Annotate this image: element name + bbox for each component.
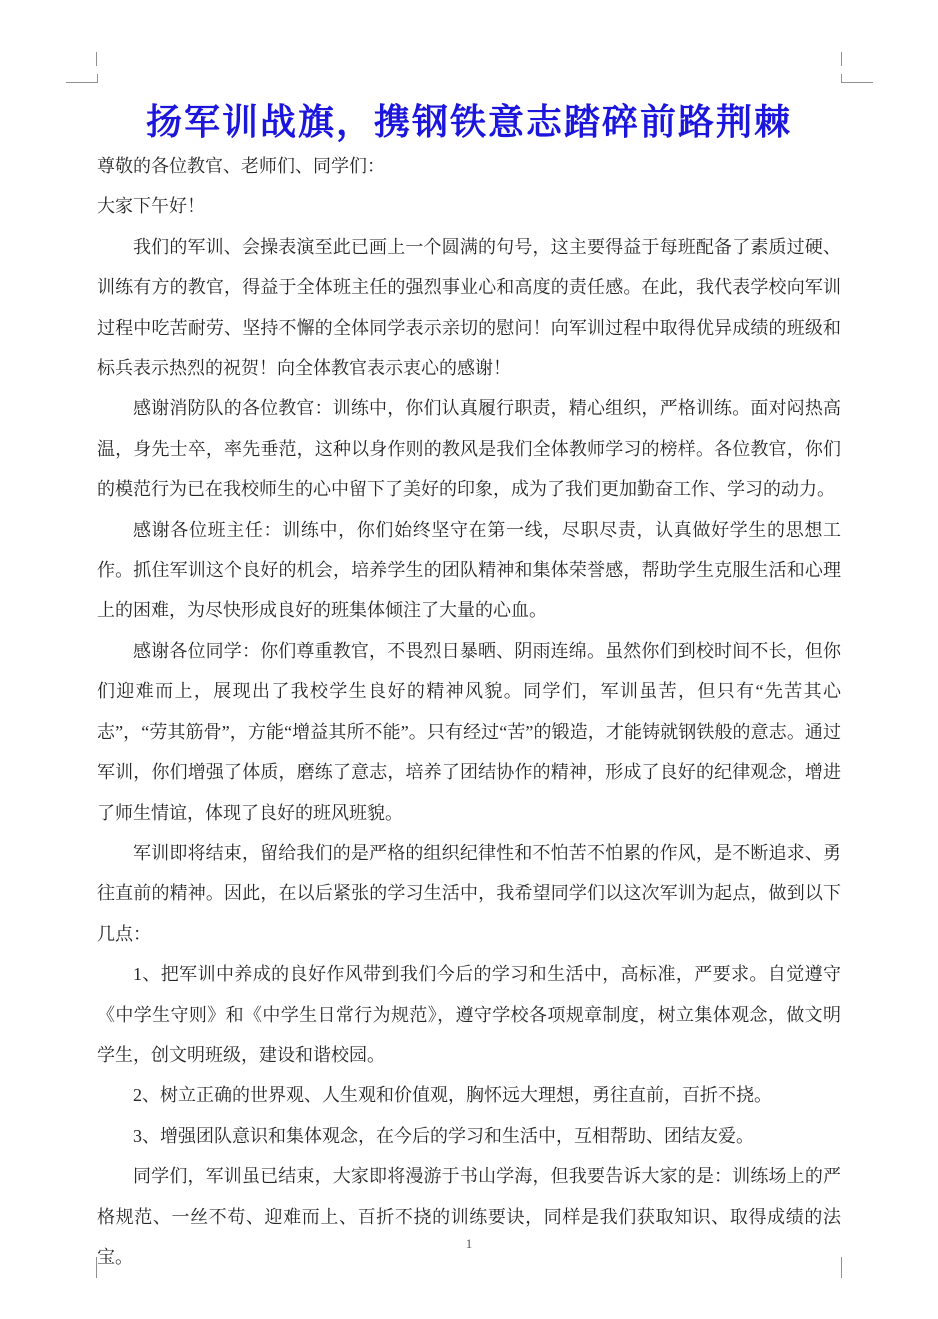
paragraph: 感谢消防队的各位教官：训练中，你们认真履行职责，精心组织，严格训练。面对闷热高温… [97, 388, 841, 509]
page-number: 1 [0, 1236, 938, 1252]
paragraph: 3、增强团队意识和集体观念，在今后的学习和生活中，互相帮助、团结友爱。 [97, 1116, 841, 1156]
document-page: 扬军训战旗，携钢铁意志踏碎前路荆棘 尊敬的各位教官、老师们、同学们：大家下午好！… [0, 0, 938, 1319]
crop-mark-top-left-tick [96, 52, 97, 66]
paragraph: 军训即将结束，留给我们的是严格的组织纪律性和不怕苦不怕累的作风，是不断追求、勇往… [97, 833, 841, 954]
crop-mark-bottom-right-tick [841, 1257, 842, 1278]
document-title: 扬军训战旗，携钢铁意志踏碎前路荆棘 [97, 94, 841, 145]
paragraph: 同学们，军训虽已结束，大家即将漫游于书山学海，但我要告诉大家的是：训练场上的严格… [97, 1156, 841, 1277]
paragraph: 感谢各位同学：你们尊重教官，不畏烈日暴晒、阴雨连绵。虽然你们到校时间不长，但你们… [97, 631, 841, 833]
crop-mark-top-right-corner [841, 74, 873, 83]
crop-mark-top-right-tick [841, 52, 842, 66]
document-body: 尊敬的各位教官、老师们、同学们：大家下午好！我们的军训、会操表演至此已画上一个圆… [97, 146, 841, 1277]
paragraph: 2、树立正确的世界观、人生观和价值观，胸怀远大理想，勇往直前，百折不挠。 [97, 1075, 841, 1115]
crop-mark-top-left-corner [66, 74, 98, 83]
paragraph: 感谢各位班主任：训练中，你们始终坚守在第一线，尽职尽责，认真做好学生的思想工作。… [97, 510, 841, 631]
paragraph: 1、把军训中养成的良好作风带到我们今后的学习和生活中，高标准，严要求。自觉遵守《… [97, 954, 841, 1075]
paragraph: 尊敬的各位教官、老师们、同学们： [97, 146, 841, 186]
paragraph: 我们的军训、会操表演至此已画上一个圆满的句号，这主要得益于每班配备了素质过硬、训… [97, 227, 841, 389]
paragraph: 大家下午好！ [97, 186, 841, 226]
